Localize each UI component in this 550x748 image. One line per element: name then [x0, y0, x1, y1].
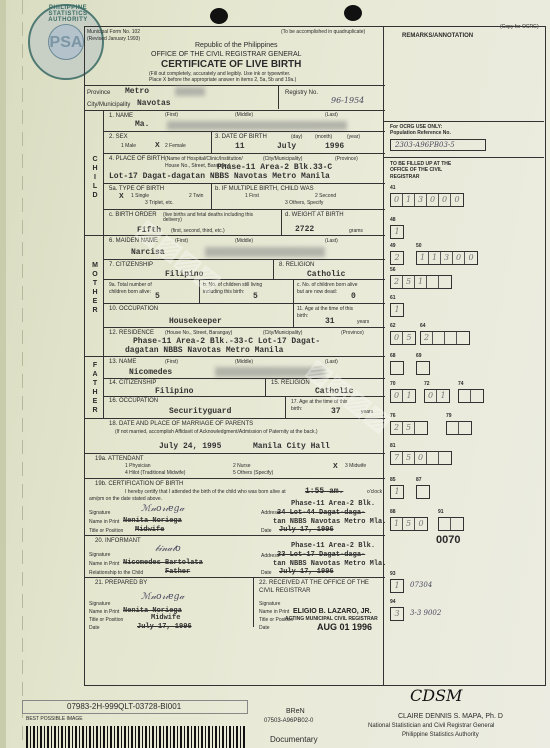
attendant-date: July 17, 1996 [279, 527, 334, 534]
code-number: 88 [390, 510, 396, 515]
name-in-print-label: Name in Print [89, 520, 119, 525]
preparer-title: Midwife [151, 615, 180, 622]
attendant-address-1: Phase-11 Area-2 Blk. [291, 501, 375, 508]
stamp-number: 0070 [436, 535, 460, 546]
signatory-org: Philippine Statistics Authority [402, 732, 479, 738]
child-name-label: 1. NAME [109, 113, 133, 119]
mother-religion-label: 8. RELIGION [279, 262, 314, 268]
last-label: (Last) [325, 239, 338, 244]
attendant-label: 19a. ATTENDANT [95, 456, 144, 462]
mother-age-value: 31 [325, 318, 335, 326]
residence-line1: Phase-11 Area-2 Blk.-33-C Lot-17 Dagat- [133, 338, 320, 346]
form-number: Municipal Form No. 102 [87, 30, 140, 35]
code-box-61: 1 [390, 303, 404, 317]
received-date-stamp: AUG 01 1996 [317, 623, 372, 632]
date-label: Date [259, 626, 270, 631]
fold-line [22, 0, 23, 748]
father-religion-label: 15. RELIGION [271, 380, 310, 386]
name-in-print-label: Name in Print [89, 610, 119, 615]
father-citizenship-value: Filipino [155, 388, 193, 396]
father-name-label: 13. NAME [109, 359, 136, 365]
signatory-title: National Statistician and Civil Registra… [368, 723, 494, 729]
code-number: 56 [390, 268, 396, 273]
pob-line2: Lot-17 Dagat-dagatan NBBS Navotas Metro … [109, 173, 330, 181]
code-box-81: 750 [390, 451, 452, 465]
code-number: 79 [446, 414, 452, 419]
dob-day: 11 [235, 143, 245, 151]
total-children-value: 5 [155, 293, 160, 301]
dob-month: July [277, 143, 296, 151]
father-occupation-label: 16. OCCUPATION [109, 398, 158, 404]
registrar-general-signature: CDSM [410, 688, 462, 704]
mother-citizenship-value: Filipino [165, 271, 203, 279]
date-label: Date [261, 571, 272, 576]
registry-value: 96-1954 [331, 97, 364, 105]
code-number: 91 [438, 510, 444, 515]
pob-hint: (Name of Hospital/Clinic/Institution/ [165, 157, 243, 162]
remarks-panel: REMARKS/ANNOTATION For OCRG USE ONLY: Po… [384, 26, 546, 686]
received-label: 22. RECEIVED AT THE OFFICE OF THE CIVIL … [259, 580, 379, 596]
father-age-label: 17. Age at the time of this birth: [291, 399, 353, 412]
type-single: 1 Single [131, 194, 149, 199]
multiple-second: 2 Second [315, 194, 336, 199]
signature-label: Signature [259, 602, 280, 607]
informant-relationship: Father [165, 569, 190, 576]
birth-order-value: Fifth [137, 227, 161, 235]
attendant-address-3: tan NBBS Navotas Metro Mla. [273, 519, 386, 526]
name-in-print-label: Name in Print [89, 562, 119, 567]
pob-province-label: (Province) [335, 157, 358, 162]
mother-occupation-label: 10. OCCUPATION [109, 306, 158, 312]
father-occupation-value: Securityguard [169, 408, 231, 416]
republic-label: Republic of the Philippines [195, 42, 278, 49]
birth-order-hint2: (first, second, third, etc.) [171, 229, 225, 234]
code-box-87 [416, 485, 430, 499]
name-in-print-label: Name in Print [259, 610, 289, 615]
sex-label: 2. SEX [109, 134, 128, 140]
informant-signature: 𝒷𝒾𝓃𝒶𝓉𝑜 [155, 545, 181, 554]
ref-code: 07983-2H-999QLT-03728-BI001 [67, 703, 181, 711]
maiden-name-label: 6. MAIDEN NAME [109, 238, 158, 244]
informant-address-1: Phase-11 Area-2 Blk. [291, 543, 375, 550]
date-label: Date [261, 529, 272, 534]
informant-date: July 17, 1996 [279, 569, 334, 576]
attendant-others: 5 Others (Specify) [233, 471, 273, 476]
dob-day-label: (day) [291, 135, 302, 140]
birth-order-hint: (live births and fetal deaths including … [163, 213, 273, 223]
informant-label: 20. INFORMANT [95, 538, 141, 544]
middle-label: (Middle) [235, 239, 253, 244]
code-number: 69 [416, 354, 422, 359]
psa-logo-icon: PSA [48, 24, 84, 60]
first-label: (First) [165, 360, 178, 365]
marriage-date: July 24, 1995 [159, 443, 221, 451]
code-box-93: 1 [390, 579, 404, 593]
multiple-others: 3 Others, Specify [285, 201, 323, 206]
code-box-79 [446, 421, 472, 435]
code-number: 81 [390, 444, 396, 449]
type-of-birth-label: 5a. TYPE OF BIRTH [109, 186, 164, 192]
father-citizenship-label: 14. CITIZENSHIP [109, 380, 156, 386]
attendant-physician: 1 Physician [125, 464, 151, 469]
mother-section-label: MOTHER [91, 261, 99, 315]
father-name-value: Nicomedes [129, 369, 172, 377]
weight-label: d. WEIGHT AT BIRTH [285, 212, 344, 218]
seal-text: PHILIPPINE STATISTICS AUTHORITY [30, 5, 106, 23]
code-box-49: 2 [390, 251, 404, 265]
paper-edge [0, 0, 6, 748]
preparer-date: July 17, 1996 [137, 624, 192, 631]
title-label: Title or Position [89, 618, 123, 623]
informant-address-3: tan NBBS Navotas Metro Mla. [273, 561, 386, 568]
best-image-label: BEST POSSIBLE IMAGE [26, 717, 83, 722]
code-box-48: 1 [390, 225, 404, 239]
code-number: 48 [390, 218, 396, 223]
registrar-name: ELIGIO B. LAZARO, JR. [293, 608, 372, 615]
code-box-62: 05 [390, 331, 416, 345]
code-extra: 07304 [410, 582, 432, 589]
document-title: CERTIFICATE OF LIVE BIRTH [161, 60, 301, 70]
dob-month-label: (month) [315, 135, 332, 140]
marriage-hint: (If not married, accomplish Affidavit of… [115, 430, 375, 435]
multiple-first: 1 First [245, 194, 259, 199]
prepared-label: 21. PREPARED BY [95, 580, 147, 586]
attendant-midwife: 3 Midwife [345, 464, 366, 469]
attendant-address-2: 34 Lot-44 Dagat-daga- [277, 510, 365, 517]
certificate-form: Municipal Form No. 102 (Revised January … [84, 26, 384, 686]
instructions: Place X before the appropriate answer in… [149, 78, 296, 83]
sex-male-option: 1 Male [121, 144, 136, 149]
attendant-title: Midwife [135, 527, 164, 534]
office-label: OFFICE OF THE CIVIL REGISTRAR GENERAL [151, 51, 302, 58]
code-box-74 [458, 389, 484, 403]
middle-label: (Middle) [235, 113, 253, 118]
residence-province-label: (Province) [341, 331, 364, 336]
attendant-hilot: 4 Hilot (Traditional Midwife) [125, 471, 185, 476]
code-number: 76 [390, 414, 396, 419]
pop-ref-value: 2303-A96PB03-5 [395, 142, 455, 149]
mother-occupation-value: Housekeeper [169, 318, 222, 326]
ref-code-box: 07983-2H-999QLT-03728-BI001 [22, 700, 248, 714]
code-box-64: 2 [420, 331, 470, 345]
residence-line2: dagatan NBBS Navotas Metro Manila [125, 347, 283, 355]
age-unit: years [361, 410, 373, 415]
code-box-50: 11300 [416, 251, 478, 265]
code-number: 68 [390, 354, 396, 359]
code-number: 64 [420, 324, 426, 329]
bren-value: 07503-A96PB02-0 [264, 718, 313, 724]
code-box-94: 3 [390, 607, 404, 621]
code-number: 72 [424, 382, 430, 387]
last-label: (Last) [325, 360, 338, 365]
remarks-title: REMARKS/ANNOTATION [402, 33, 473, 39]
residence-label: 12. RESIDENCE [109, 330, 154, 336]
dob-year: 1996 [325, 143, 344, 151]
father-section-label: FATHER [91, 361, 99, 415]
signature-label: Signature [89, 511, 110, 516]
code-box-56: 251 [390, 275, 452, 289]
multiple-label: b. IF MULTIPLE BIRTH, CHILD WAS [215, 186, 314, 192]
code-number: 85 [390, 478, 396, 483]
form-revised: (Revised January 1993) [87, 37, 140, 42]
attendant-nurse: 2 Nurse [233, 464, 251, 469]
code-number: 74 [458, 382, 464, 387]
living-children-label: b. No. of children still living includin… [203, 282, 273, 295]
type-triplet: 3 Triplet, etc. [145, 201, 174, 206]
preparer-signature: ℳ𝓃𝑜𝓇𝒾𝑒𝑔𝒶 [141, 593, 184, 602]
punch-hole [210, 8, 228, 24]
relationship-label: Relationship to the Child [89, 571, 143, 576]
birth-time: 1:55 am. [305, 488, 343, 496]
certification-statement: I hereby certify that I attended the bir… [125, 490, 286, 495]
mother-religion-value: Catholic [307, 271, 345, 279]
quad-note: (To be accomplished in quadruplicate) [281, 30, 365, 35]
last-label: (Last) [325, 113, 338, 118]
code-number: 62 [390, 324, 396, 329]
marriage-label: 18. DATE AND PLACE OF MARRIAGE OF PARENT… [109, 421, 253, 427]
signatory-name: CLAIRE DENNIS S. MAPA, Ph. D [398, 713, 503, 720]
code-number: 93 [390, 572, 396, 577]
code-number: 87 [416, 478, 422, 483]
first-label: (First) [165, 113, 178, 118]
dob-label: 3. DATE OF BIRTH [215, 134, 267, 140]
attendant-mark: X [333, 463, 338, 470]
fill-label: TO BE FILLED UP AT THE OFFICE OF THE CIV… [390, 161, 470, 180]
age-unit: years [357, 320, 369, 325]
mother-name-value: Narcisa [131, 249, 165, 257]
informant-address-2: 33 Lot-17 Dagat-daga- [277, 552, 365, 559]
sex-female-option: 2 Female [165, 144, 186, 149]
code-extra: 3-3 9002 [410, 610, 441, 617]
first-label: (First) [175, 239, 188, 244]
code-box-70: 01 [390, 389, 416, 403]
city-label: City/Municipality [87, 102, 130, 108]
bren-label: BReN [286, 708, 305, 715]
city-value: Navotas [137, 100, 171, 108]
code-number: 94 [390, 600, 396, 605]
pop-ref-box: 2303-A96PB03-5 [390, 139, 486, 151]
code-number: 49 [390, 244, 396, 249]
code-box-88: 150 [390, 517, 428, 531]
registry-label: Registry No. [285, 90, 318, 96]
date-label: Date [89, 626, 100, 631]
code-box-91 [438, 517, 464, 531]
oclock-label: o'clock [367, 490, 382, 495]
pob-label: 4. PLACE OF BIRTH [109, 156, 165, 162]
attendant-name: Nenita Noriega [123, 518, 182, 525]
documentary-label: Documentary [270, 736, 318, 744]
province-label: Province [87, 90, 110, 96]
code-number: 61 [390, 296, 396, 301]
code-box-85: 1 [390, 485, 404, 499]
type-twin: 2 Twin [189, 194, 203, 199]
punch-hole [344, 5, 362, 21]
father-religion-value: Catholic [315, 388, 353, 396]
code-number: 70 [390, 382, 396, 387]
middle-label: (Middle) [235, 360, 253, 365]
living-children-value: 5 [253, 293, 258, 301]
dead-children-value: 0 [351, 293, 356, 301]
province-value: Metro [125, 88, 149, 96]
pop-ref-label: Population Reference No. [390, 131, 451, 136]
birth-order-label: c. BIRTH ORDER [109, 212, 157, 218]
marriage-place: Manila City Hall [253, 443, 330, 451]
residence-city-label: (City/Municipality) [263, 331, 302, 336]
pob-city-label: (City/Municipality) [263, 157, 302, 162]
signature-label: Signature [89, 553, 110, 558]
sex-mark: X [155, 142, 160, 149]
child-section-label: CHILD [91, 155, 99, 200]
type-mark: X [119, 193, 124, 200]
child-name-value: Ma. [135, 121, 149, 129]
code-box-68 [390, 361, 404, 375]
code-box-69 [416, 361, 430, 375]
code-number: 50 [416, 244, 422, 249]
barcode [26, 726, 246, 748]
attendant-signature: ℳ𝓃𝑜𝓇𝒾𝑒𝑔𝒶 [141, 505, 184, 514]
mother-citizenship-label: 7. CITIZENSHIP [109, 262, 153, 268]
residence-hint: (House No., Street, Barangay) [165, 331, 232, 336]
father-age-value: 37 [331, 408, 341, 416]
certification-label: 19b. CERTIFICATION OF BIRTH [95, 481, 183, 487]
title-label: Title or Position [89, 529, 123, 534]
code-box-72: 01 [424, 389, 450, 403]
certification-statement2: am/pm on the date stated above. [89, 497, 162, 502]
weight-unit: grams [349, 229, 363, 234]
signature-label: Signature [89, 602, 110, 607]
weight-value: 2722 [295, 226, 314, 234]
code-box-41: 013000 [390, 193, 464, 207]
informant-name: Nicomedes Bartolata [123, 560, 203, 567]
dob-year-label: (year) [347, 135, 360, 140]
code-number: 41 [390, 186, 396, 191]
pob-line1: Phase-11 Area-2 Blk.33-C [217, 164, 332, 172]
code-box-76: 25 [390, 421, 428, 435]
